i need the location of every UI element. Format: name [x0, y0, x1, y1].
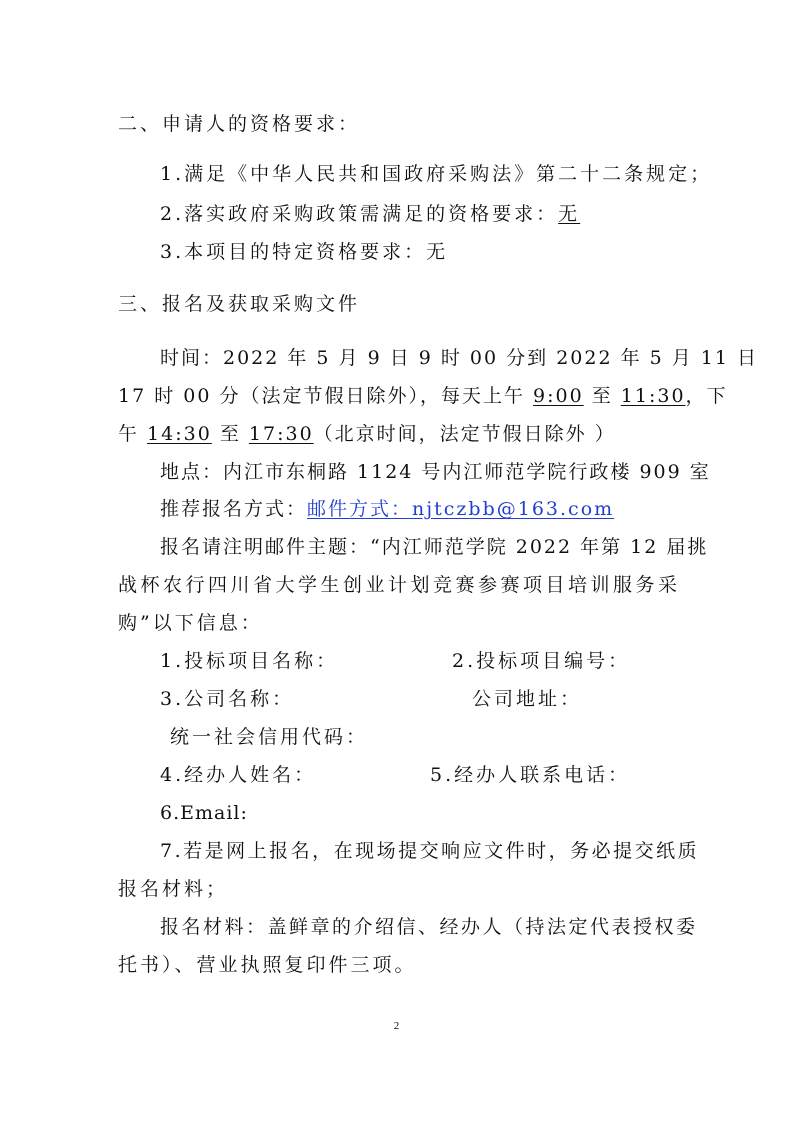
note-7-line-2: 报名材料； [118, 877, 228, 901]
requirement-3: 3.本项目的特定资格要求：无 [160, 240, 448, 264]
time-text: ，下 [686, 385, 728, 407]
pm-start-time: 14:30 [147, 423, 212, 445]
time-text: 至 [584, 385, 621, 407]
pm-end-time: 17:30 [249, 423, 314, 445]
am-end-time: 11:30 [621, 385, 686, 407]
time-line-1: 时间：2022 年 5 月 9 日 9 时 00 分到 2022 年 5 月 1… [160, 346, 758, 370]
method-label: 推荐报名方式： [160, 498, 307, 520]
subject-line-1: 报名请注明邮件主题：“内江师范学院 2022 年第 12 届挑 [160, 535, 708, 559]
time-text: 午 [118, 423, 147, 445]
field-agent-phone: 5.经办人联系电话： [430, 763, 630, 787]
location-line: 地点：内江市东桐路 1124 号内江师范学院行政楼 909 室 [160, 460, 711, 484]
email-link[interactable]: 邮件方式：njtczbb@163.com [307, 498, 614, 520]
field-project-number: 2.投标项目编号： [452, 649, 630, 673]
field-credit-code: 统一社会信用代码： [170, 725, 368, 749]
time-line-3: 午 14:30 至 17:30（北京时间，法定节假日除外 ） [118, 422, 616, 446]
field-company-name: 3.公司名称： [160, 687, 294, 711]
registration-method: 推荐报名方式：邮件方式：njtczbb@163.com [160, 497, 614, 521]
requirement-2: 2.落实政府采购政策需满足的资格要求：无 [160, 202, 580, 226]
section-3-heading: 三、报名及获取采购文件 [118, 292, 360, 316]
page-number: 2 [0, 1020, 793, 1032]
subject-line-3: 购”以下信息： [118, 611, 263, 635]
time-text: 17 时 00 分（法定节假日除外），每天上午 [118, 385, 533, 407]
time-text: （北京时间，法定节假日除外 ） [314, 423, 616, 445]
requirement-1: 1.满足《中华人民共和国政府采购法》第二十二条规定； [160, 162, 712, 186]
subject-line-2: 战杯农行四川省大学生创业计划竞赛参赛项目培训服务采 [118, 573, 681, 597]
am-start-time: 9:00 [533, 385, 584, 407]
requirement-2-label: 2.落实政府采购政策需满足的资格要求： [160, 203, 558, 225]
section-2-heading: 二、申请人的资格要求： [118, 112, 360, 136]
field-company-address: 公司地址： [472, 687, 582, 711]
field-agent-name: 4.经办人姓名： [160, 763, 316, 787]
time-line-2: 17 时 00 分（法定节假日除外），每天上午 9:00 至 11:30，下 [118, 384, 728, 408]
materials-line-1: 报名材料：盖鲜章的介绍信、经办人（持法定代表授权委 [160, 915, 698, 939]
field-project-name: 1.投标项目名称： [160, 649, 338, 673]
field-email: 6.Email: [160, 801, 248, 825]
materials-line-2: 托书）、营业执照复印件三项。 [118, 953, 417, 977]
note-7-line-1: 7.若是网上报名，在现场提交响应文件时，务必提交纸质 [160, 839, 699, 863]
time-text: 至 [212, 423, 249, 445]
requirement-2-value: 无 [558, 203, 580, 225]
